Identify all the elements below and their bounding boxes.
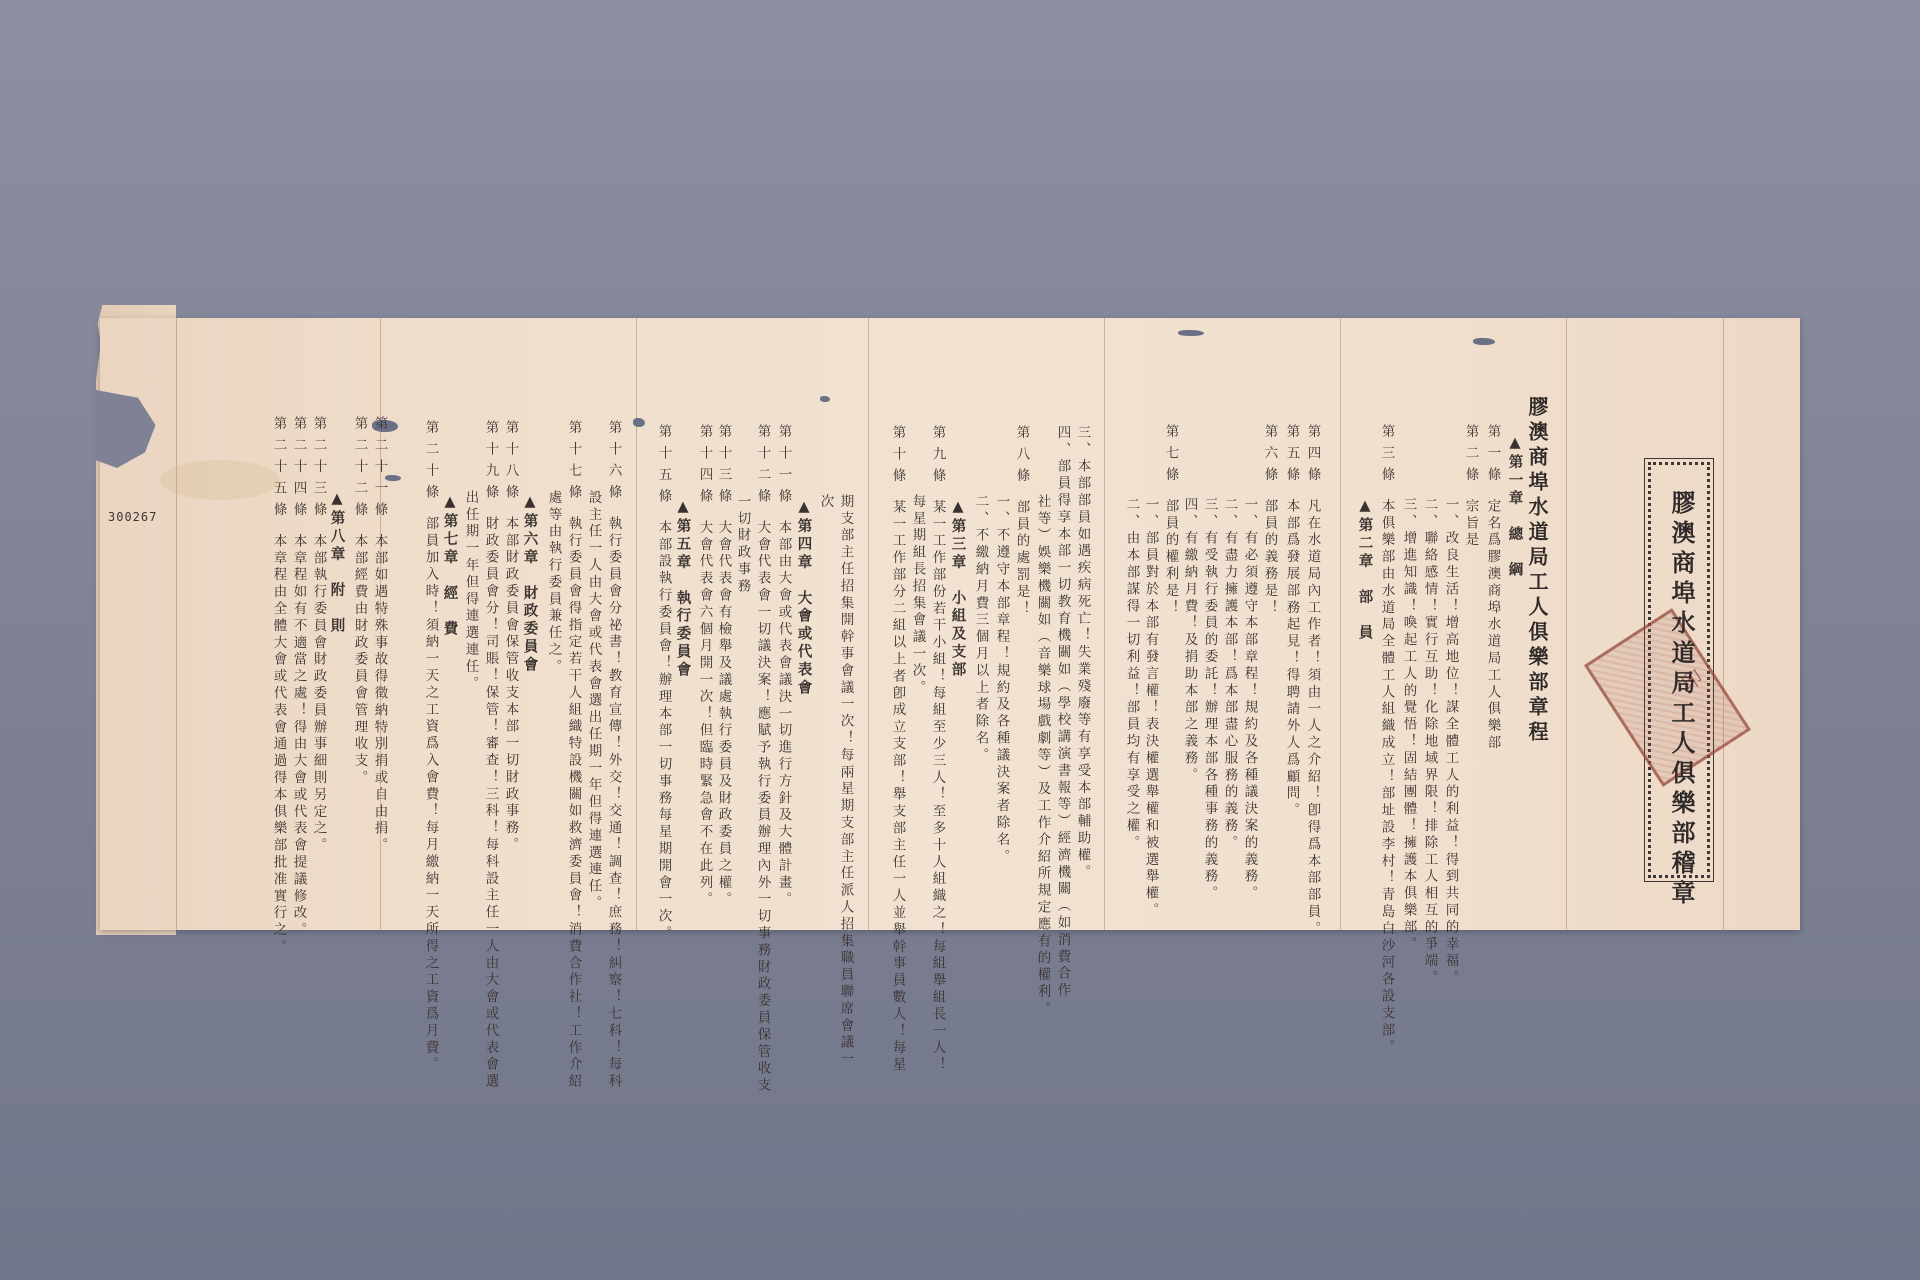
article-6: 第六條部員的義務是！ — [1262, 424, 1276, 617]
document-title: 膠澳商埠水道局工人俱樂部章程 — [1527, 396, 1547, 746]
article-7-item-4-cont: 社等）娛樂機關如（音樂球場戲劇等）及工作介紹所規定應有的權利。 — [1035, 494, 1049, 1018]
article-10-cont: 期支部主任招集開幹事會議一次！每兩星期支部主任派人招集職員聯席會議一 — [838, 494, 852, 1069]
article-2: 第二條宗旨是 — [1463, 424, 1477, 549]
article-8-item-2: 二、不繳納月費三個月以上者除名。 — [973, 494, 987, 764]
article-25: 第二十五條本章程由全體大會或代表會通過得本俱樂部批准實行之。 — [271, 416, 285, 956]
article-7-item-2: 二、由本部謀得一切利益！部員均有享受之權。 — [1124, 497, 1138, 852]
water-stain — [160, 460, 280, 500]
article-8: 第八條部員的處罰是！ — [1014, 425, 1028, 618]
chapter-heading: ▲第三章 小組及支部 — [950, 498, 965, 680]
article-17-cont: 處等由執行委員兼任之。 — [546, 490, 560, 676]
article-8-item-1: 一、不遵守本部章程！規約及各種議決案者除名。 — [994, 494, 1008, 866]
serial-number: 300267 — [108, 510, 157, 524]
chapter-heading: ▲第一章 總 綱 — [1507, 434, 1522, 580]
article-11: 第十一條本部由大會或代表會議決一切進行方針及大體計畫。 — [776, 424, 790, 909]
article-18: 第十八條本部財政委員會保管收支本部一切財政事務。 — [503, 420, 517, 854]
chapter-heading: ▲第四章 大會或代表會 — [796, 498, 811, 697]
article-7-item-3: 三、本部部員如遇疾病死亡！失業殘廢等有享受本部輔助權。 — [1075, 425, 1089, 881]
article-16-cont: 設主任一人由大會或代表會選出任期一年但得連選連任。 — [586, 490, 600, 913]
fold-line — [1340, 318, 1341, 930]
article-14: 第十四條大會代表會六個月開一次！但臨時緊急會不在此列。 — [697, 424, 711, 909]
article-6-item-4: 四、有繳納月費！及捐助本部之義務。 — [1182, 497, 1196, 784]
chapter-heading: ▲第五章 執行委員會 — [675, 498, 690, 680]
article-6-item-2: 二、有盡力擁護本部！爲本部盡心服務的義務。 — [1222, 497, 1236, 852]
cover-label: 膠澳商埠水道局工人俱樂部稽章 — [1664, 490, 1699, 910]
chapter-heading: ▲第二章 部 員 — [1357, 497, 1372, 643]
article-4: 第四條凡在水道局內工作者！須由一人之介紹！卽得爲本部部員。 — [1305, 424, 1319, 938]
article-5: 第五條本部爲發展部務起見！得聘請外人爲顧問。 — [1284, 424, 1298, 820]
article-6-item-1: 一、有必須遵守本部章程！規約及各種議決案的義務。 — [1242, 497, 1256, 903]
damage-hole — [820, 396, 830, 402]
damage-hole — [1178, 330, 1204, 336]
article-7-item-4: 四、部員得享本部一切教育機關如（學校講演書報等）經濟機關（如消費合作 — [1055, 425, 1069, 1000]
fold-line — [1104, 318, 1105, 930]
article-2-item-1: 一、改良生活！增高地位！謀全體工人的利益！得到共同的幸福。 — [1443, 497, 1457, 987]
fold-line — [1723, 318, 1724, 930]
article-2-item-3: 三、增進知識！喚起工人的覺悟！固結團體！擁護本俱樂部。 — [1401, 497, 1415, 953]
article-24: 第二十四條本章程如有不適當之處！得由大會或代表會提議修改。 — [291, 416, 305, 939]
article-17: 第十七條執行委員會得指定若干人組織特設機關如救濟委員會！消費合作社！工作介紹 — [566, 420, 580, 1091]
article-10-cont2: 次 — [818, 494, 832, 511]
article-6-item-3: 三、有受執行委員的委託！辦理本部各種事務的義務。 — [1202, 497, 1216, 903]
article-2-item-2: 二、聯絡感情！實行互助！化除地域界限！排除工人相互的爭端。 — [1422, 497, 1436, 987]
article-10: 第十條某一工作部分二組以上者卽成立支部！舉支部主任一人並舉幹事員數人！每星 — [890, 425, 904, 1074]
article-3: 第三條本俱樂部由水道局全體工人組織成立！部址設李村！青島白沙河各設支部。 — [1379, 424, 1393, 1056]
article-21: 第二十一條本部如遇特殊事故得徵納特別捐或自由捐。 — [372, 416, 386, 855]
article-19: 第十九條財政委員會分！司賬！保管！審查！三科！每科設主任一人由大會或代表會選 — [483, 420, 497, 1091]
fold-line — [636, 318, 637, 930]
article-9: 第九條某一工作部份若干小組！每組至少三人！至多十人組織之！每組舉組長一人！ — [930, 425, 944, 1074]
article-20: 第二十條部員加入時！須納一天之工資爲入會費！每月繳納一天所得之工資爲月費。 — [423, 420, 437, 1074]
article-13: 第十三條大會代表會有檢舉及議處執行委員及財政委員之權。 — [716, 424, 730, 909]
article-23: 第二十三條本部執行委員會財政委員辦事細則另定之。 — [311, 416, 325, 855]
chapter-heading: ▲第七章 經 費 — [442, 493, 457, 639]
fold-line — [176, 318, 177, 930]
chapter-heading: ▲第八章 附 則 — [329, 490, 344, 636]
article-22: 第二十二條本部經費由財政委員會管理收支。 — [352, 416, 366, 787]
article-1: 第一條定名爲膠澳商埠水道局工人俱樂部 — [1485, 424, 1499, 752]
damage-hole — [1473, 338, 1495, 345]
article-19-cont: 出任期一年但得連選連任。 — [463, 490, 477, 693]
article-12: 第十二條大會代表會一切議決案！應賦予執行委員辦理內外一切事務財政委員保管收支 — [755, 424, 769, 1095]
article-9-cont: 每星期組長招集會議一次。 — [910, 494, 924, 697]
fold-line — [868, 318, 869, 930]
article-7-item-1: 一、部員對於本部有發言權！表決權選舉權和被選舉權。 — [1143, 497, 1157, 920]
article-7: 第七條部員的權利是！ — [1163, 424, 1177, 617]
chapter-heading: ▲第六章 財政委員會 — [522, 493, 537, 675]
fold-line — [1566, 318, 1567, 930]
article-12-cont: 一切財政事務 — [735, 494, 749, 595]
article-15: 第十五條本部設執行委員會！辦理本部一切事務每星期開會一次。 — [656, 424, 670, 943]
damage-hole — [633, 418, 645, 427]
article-16: 第十六條執行委員會分祕書！教育宣傳！外交！交通！調查！庶務！糾察！七科！每科 — [606, 420, 620, 1091]
